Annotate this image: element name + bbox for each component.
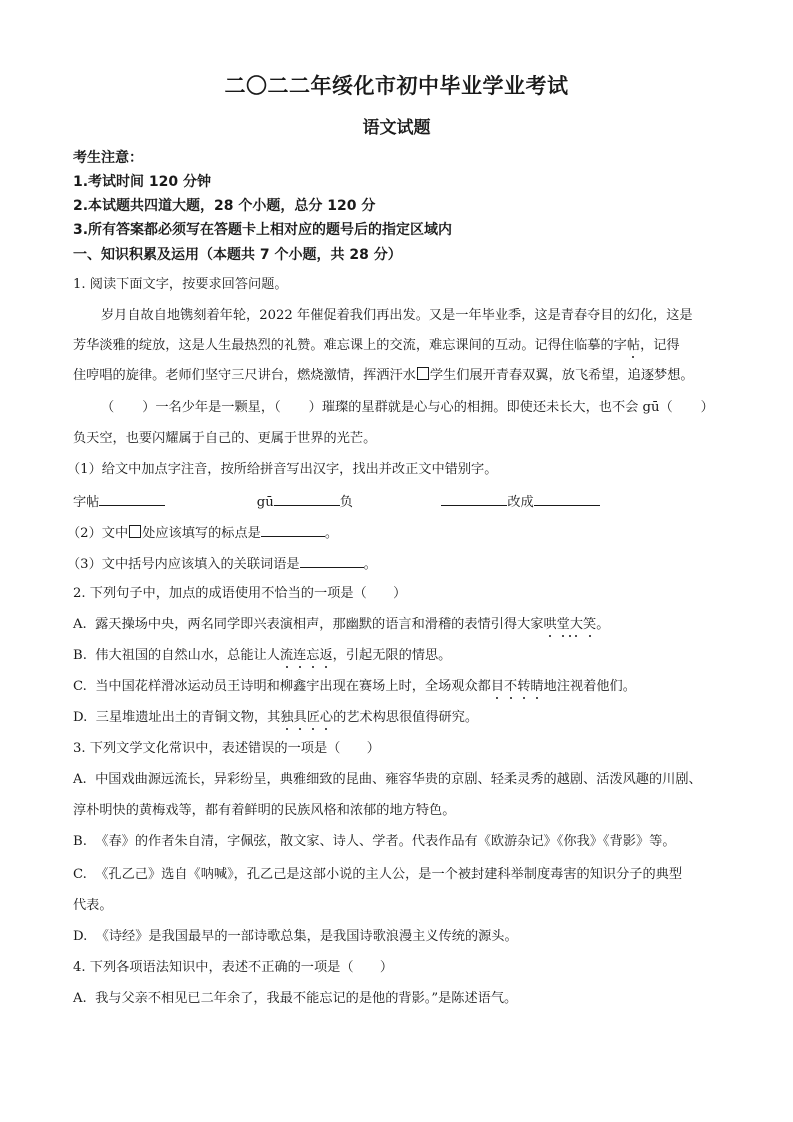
q4-stem: 4. 下列各项语法知识中，表述不正确的一项是（ ） [73, 959, 393, 977]
q3-option-a-cont: 淳朴明快的黄梅戏等，都有着鲜明的民族风格和浓郁的地方特色。 [73, 802, 455, 820]
dotted-char: 目 [491, 679, 504, 694]
answer-blank-zitie[interactable] [99, 492, 165, 506]
exam-page: 二〇二二年绥化市初中毕业学业考试 语文试题 考生注意： 1.考试时间 120 分… [0, 0, 793, 1122]
option-label: D. [73, 929, 87, 944]
exam-title: 二〇二二年绥化市初中毕业学业考试 [0, 70, 793, 100]
field-label: 负 [340, 495, 353, 510]
dotted-idiom: 哄堂大笑 [543, 617, 596, 632]
passage-text: ）一名少年是一颗星，（ [142, 400, 280, 415]
dotted-char: 笑 [583, 617, 596, 632]
passage-text: （ [101, 400, 114, 415]
dotted-char: 堂 [557, 617, 570, 632]
option-text: 《春》的作者朱自清，字佩弦，散文家、诗人、学者。代表作品有《欧游杂记》《你我》《… [95, 834, 675, 849]
field-label: 字帖 [73, 495, 99, 510]
q1-passage-line-3: 住哼唱的旋律。老师们坚守三尺讲台，燃烧激情，挥洒汗水学生们展开青春双翼，放飞希望… [73, 367, 694, 385]
option-text: 三星堆遗址出土的青铜文物，其 [96, 710, 281, 725]
q1-passage-line-1: 岁月自故自地镌刻着年轮，2022 年催促着我们再出发。又是一年毕业季，这是青春夺… [101, 307, 693, 325]
passage-text: ）璀璨的星群就是心与心的相拥。即使还未长大，也不会 gū（ [309, 400, 673, 415]
option-label: C. [73, 679, 87, 694]
dotted-char: 哄 [543, 617, 556, 632]
dotted-char: 帖 [627, 338, 640, 353]
q3-option-c[interactable]: C. 《孔乙己》选自《呐喊》，孔乙己是这部小说的主人公，是一个被封建科举制度毒害… [73, 866, 682, 884]
note-item-1: 1.考试时间 120 分钟 [73, 173, 211, 191]
q2-option-c[interactable]: C. 当中国花样滑冰运动员王诗明和柳鑫宇出现在赛场上时，全场观众都目不转睛地注视… [73, 678, 636, 696]
q3-stem: 3. 下列文学文化常识中，表述错误的一项是（ ） [73, 740, 380, 758]
idiom-text: 目不转睛 [491, 679, 544, 694]
q3-option-b[interactable]: B. 《春》的作者朱自清，字佩弦，散文家、诗人、学者。代表作品有《欧游杂记》《你… [73, 833, 676, 851]
q1-stem: 1. 阅读下面文字，按要求回答问题。 [73, 276, 288, 294]
exam-subtitle: 语文试题 [0, 113, 793, 138]
answer-blank-wrong-char[interactable] [441, 492, 507, 506]
field-label: 改成 [507, 495, 533, 510]
q2-option-b[interactable]: B. 伟大祖国的自然山水，总能让人流连忘返，引起无限的情思。 [73, 647, 451, 665]
passage-text: 学生们展开青春双翼，放飞希望，追逐梦想。 [430, 368, 694, 383]
option-text: 我与父亲不相见已二年余了，我最不能忘记的是他的背影。”是陈述语气。 [95, 991, 517, 1006]
q4-option-a[interactable]: A. 我与父亲不相见已二年余了，我最不能忘记的是他的背影。”是陈述语气。 [73, 990, 517, 1008]
dotted-char: 转 [517, 679, 530, 694]
option-label: B. [73, 648, 87, 663]
q1-sub2: （2）文中处应该填写的标点是。 [67, 523, 338, 543]
passage-text: ，记得 [640, 338, 680, 353]
option-label: A. [73, 617, 87, 632]
option-text: 《诗经》是我国最早的一部诗歌总集，是我国诗歌浪漫主义传统的源头。 [96, 929, 518, 944]
dotted-char: 心 [320, 710, 333, 725]
q1-sub1-answers: 字帖 gū负 改成 [73, 492, 600, 512]
option-label: D. [73, 710, 87, 725]
option-label: C. [73, 867, 87, 882]
dotted-char: 连 [293, 648, 306, 663]
dotted-char: 匠 [307, 710, 320, 725]
note-item-2: 2.本试题共四道大题，28 个小题，总分 120 分 [73, 197, 375, 215]
note-item-3: 3.所有答案都必须写在答题卡上相对应的题号后的指定区域内 [73, 221, 452, 239]
q1-sub3: （3）文中括号内应该填入的关联词语是。 [67, 554, 377, 574]
dotted-char: 返 [319, 648, 332, 663]
idiom-text: 流连忘返 [280, 648, 333, 663]
option-text: 伟大祖国的自然山水，总能让人 [95, 648, 280, 663]
option-text: 。 [596, 617, 609, 632]
option-label: A. [73, 991, 87, 1006]
idiom-text: 哄堂大笑 [543, 617, 596, 632]
option-text: ，引起无限的情思。 [333, 648, 452, 663]
q3-option-c-cont: 代表。 [73, 897, 113, 915]
notes-heading: 考生注意： [73, 149, 143, 167]
sub-prompt: 处应该填写的标点是 [142, 526, 261, 541]
sub-end: 。 [325, 526, 338, 541]
sub-end: 。 [364, 557, 377, 572]
option-label: B. [73, 834, 87, 849]
option-text: 地注视着他们。 [544, 679, 636, 694]
passage-text: 芳华淡雅的绽放，这是人生最热烈的礼赞。难忘课上的交流，难忘课间的互动。记得住临摹… [73, 338, 627, 353]
option-text: 当中国花样滑冰运动员王诗明和柳鑫宇出现在赛场上时，全场观众都 [95, 679, 491, 694]
option-text: 中国戏曲源远流长，异彩纷呈，典雅细致的昆曲、雍容华贵的京剧、轻柔灵秀的越剧、活泼… [95, 772, 702, 787]
q1-passage-line-5: 负天空，也要闪耀属于自己的、更属于世界的光芒。 [73, 430, 376, 448]
passage-text: ） [701, 400, 714, 415]
idiom-text: 独具匠心 [280, 710, 333, 725]
option-text: 《孔乙己》选自《呐喊》，孔乙己是这部小说的主人公，是一个被封建科举制度毒害的知识… [95, 867, 682, 882]
q1-passage-line-4: （）一名少年是一颗星，（）璀璨的星群就是心与心的相拥。即使还未长大，也不会 gū… [101, 399, 714, 417]
answer-blank-correct-char[interactable] [534, 492, 600, 506]
q1-sub1-prompt: （1）给文中加点字注音，按所给拼音写出汉字，找出并改正文中错别字。 [67, 461, 497, 479]
q1-passage-line-2: 芳华淡雅的绽放，这是人生最热烈的礼赞。难忘课上的交流，难忘课间的互动。记得住临摹… [73, 337, 680, 355]
q3-option-a[interactable]: A. 中国戏曲源远流长，异彩纷呈，典雅细致的昆曲、雍容华贵的京剧、轻柔灵秀的越剧… [73, 771, 702, 789]
sub-prompt: （3）文中括号内应该填入的关联词语是 [67, 557, 300, 572]
answer-blank-conjunction[interactable] [300, 554, 364, 568]
option-label: A. [73, 772, 87, 787]
dotted-char: 大 [570, 617, 583, 632]
field-label: gū [257, 495, 274, 510]
dotted-char: 独 [280, 710, 293, 725]
dotted-char: 流 [280, 648, 293, 663]
dotted-char: 不 [504, 679, 517, 694]
section-1-heading: 一、知识积累及运用（本题共 7 个小题，共 28 分） [73, 246, 402, 264]
blank-square-icon [129, 525, 141, 538]
answer-blank-punctuation[interactable] [261, 523, 325, 537]
option-text: 的艺术构思很值得研究。 [333, 710, 478, 725]
q3-option-d[interactable]: D. 《诗经》是我国最早的一部诗歌总集，是我国诗歌浪漫主义传统的源头。 [73, 928, 518, 946]
dotted-char: 睛 [530, 679, 543, 694]
passage-text: 住哼唱的旋律。老师们坚守三尺讲台，燃烧激情，挥洒汗水 [73, 368, 416, 383]
answer-blank-gu[interactable] [274, 492, 340, 506]
dotted-char: 忘 [306, 648, 319, 663]
blank-square-icon [417, 367, 429, 380]
q2-option-a[interactable]: A. 露天操场中央，两名同学即兴表演相声，那幽默的语言和滑稽的表情引得大家哄堂大… [73, 616, 609, 634]
dotted-char: 具 [294, 710, 307, 725]
q2-option-d[interactable]: D. 三星堆遗址出土的青铜文物，其独具匠心的艺术构思很值得研究。 [73, 709, 478, 727]
option-text: 露天操场中央，两名同学即兴表演相声，那幽默的语言和滑稽的表情引得大家 [95, 617, 543, 632]
sub-prompt: （2）文中 [67, 526, 128, 541]
q2-stem: 2. 下列句子中，加点的成语使用不恰当的一项是（ ） [73, 585, 406, 603]
